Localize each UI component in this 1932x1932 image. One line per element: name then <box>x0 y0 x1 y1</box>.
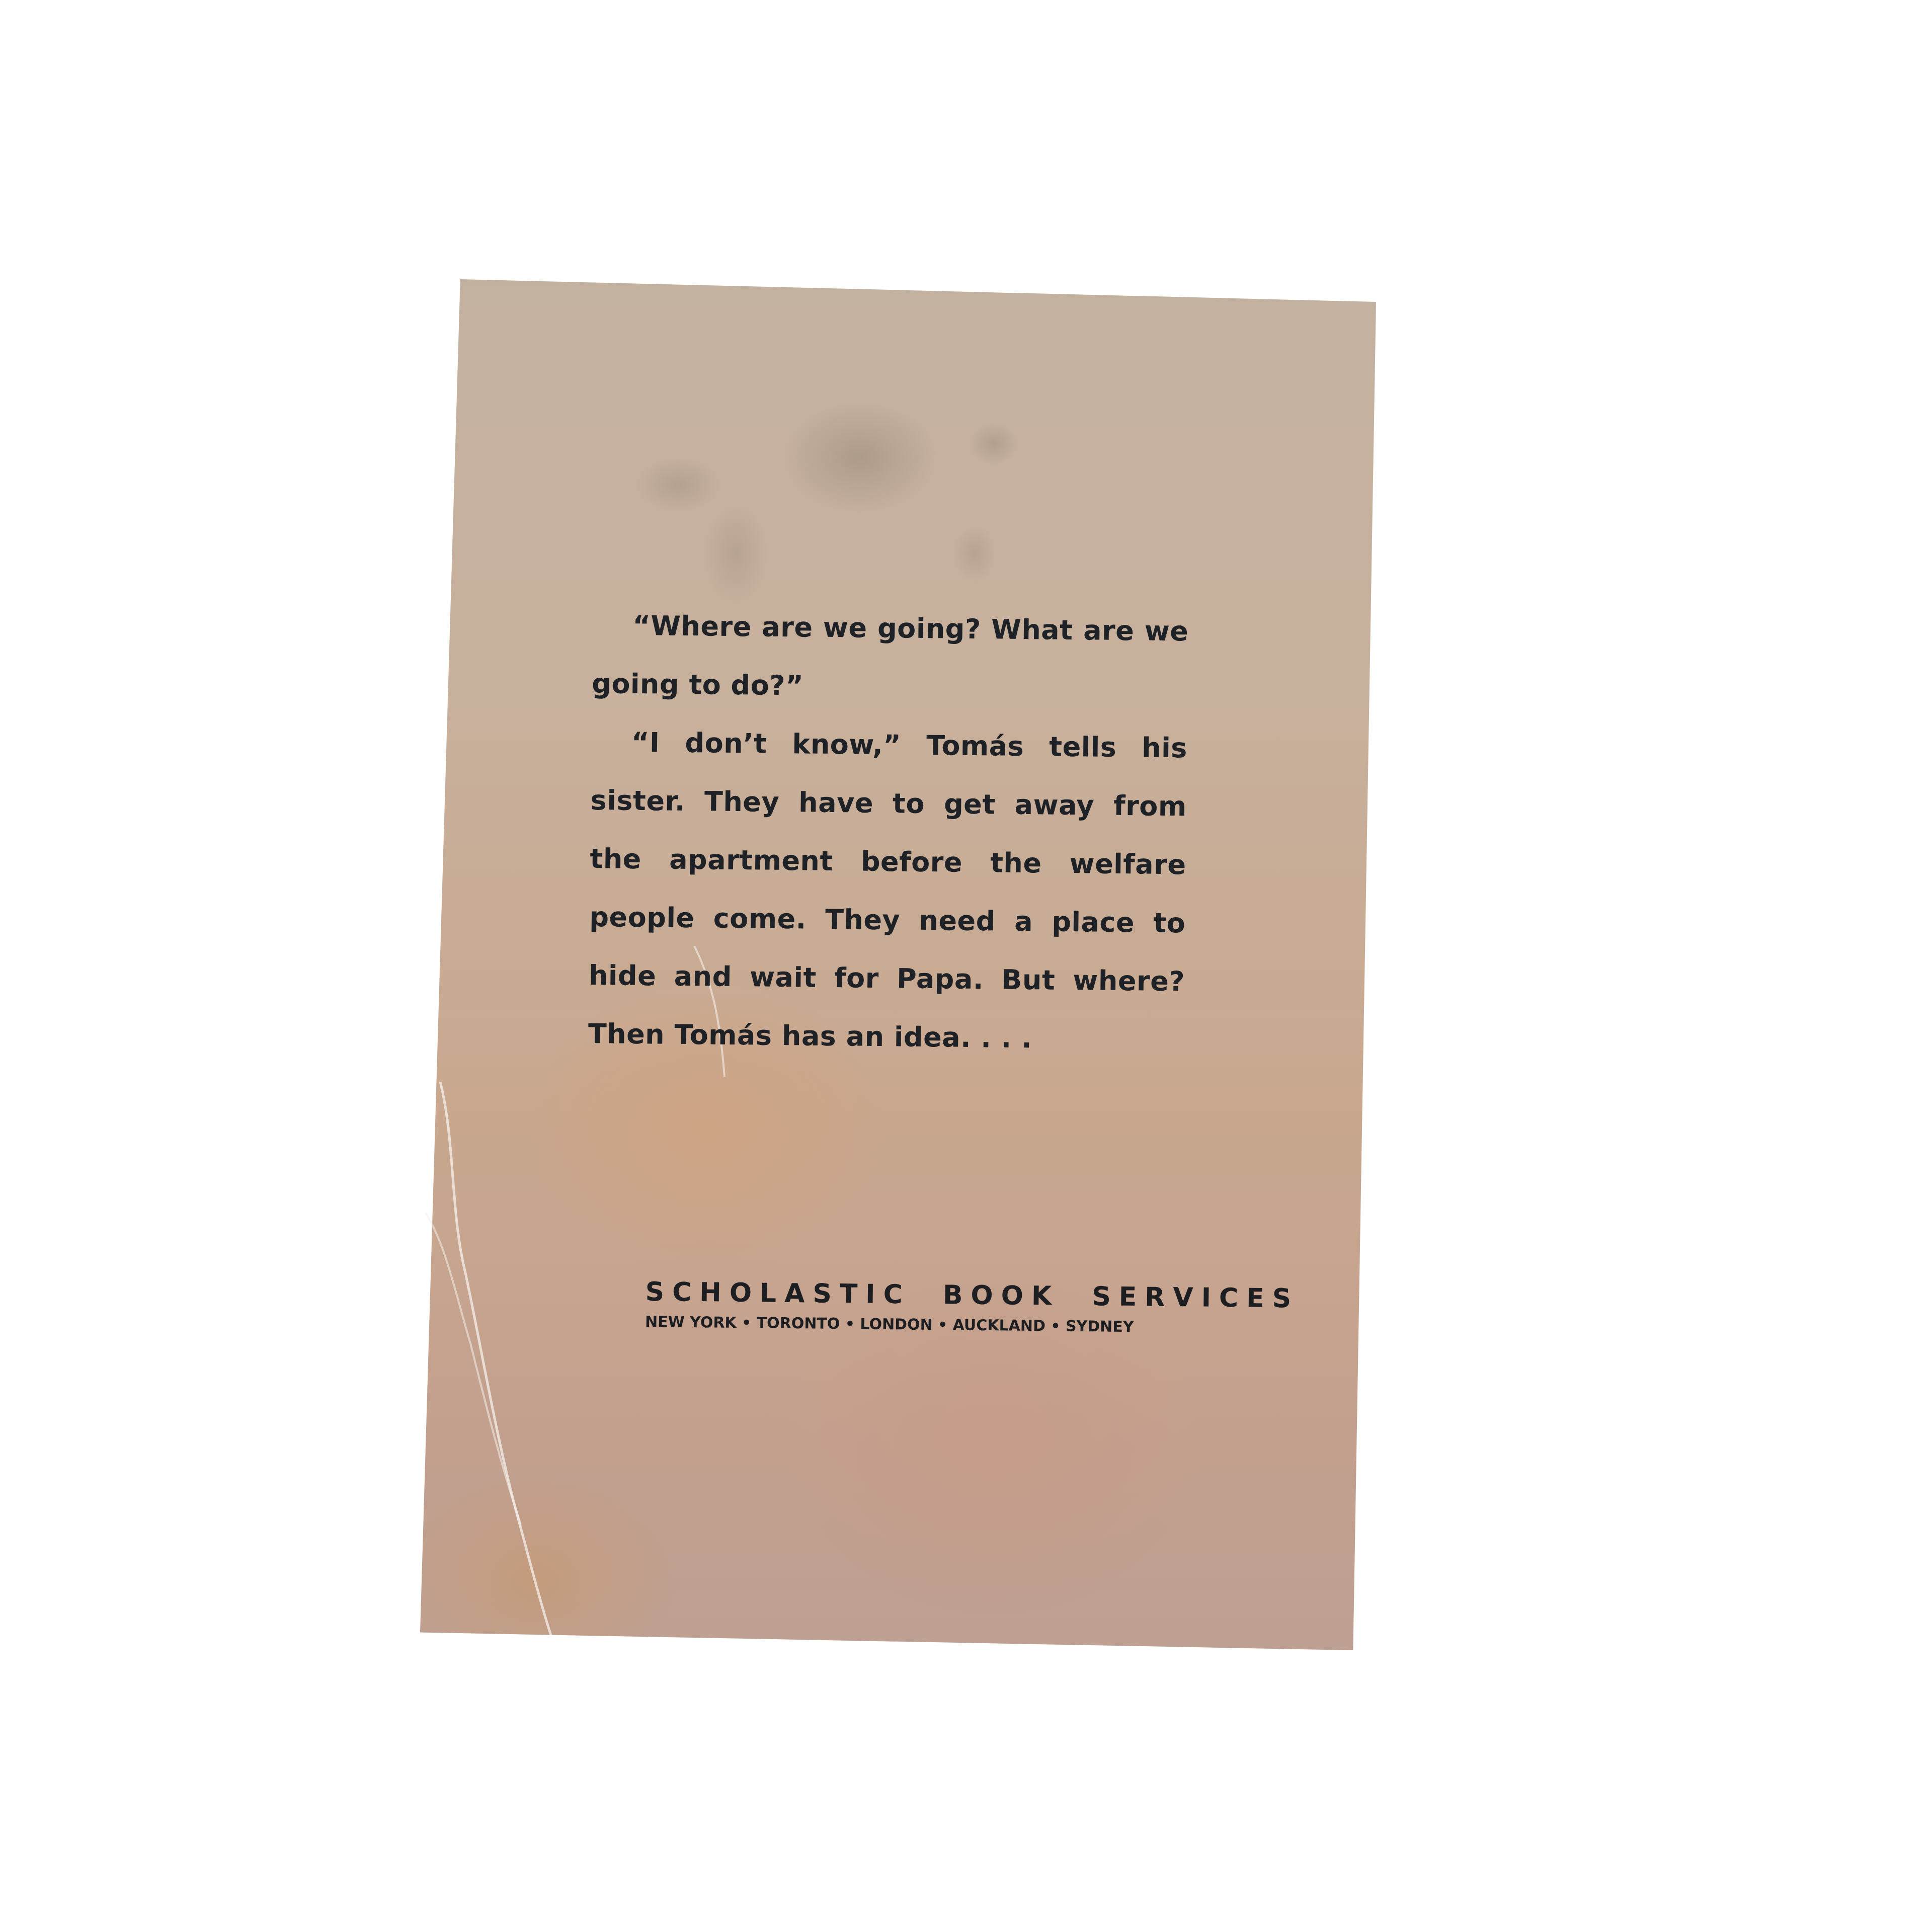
back-cover-blurb: “Where are we going? What are we going t… <box>588 596 1189 1069</box>
publisher-name: SCHOLASTIC BOOK SERVICES <box>645 1277 1149 1312</box>
blurb-paragraph: “Where are we going? What are we going t… <box>592 596 1189 719</box>
publisher-imprint: SCHOLASTIC BOOK SERVICES NEW YORK • TORO… <box>645 1277 1149 1336</box>
blurb-paragraph: “I don’t know,” Tomás tells his sister. … <box>588 713 1187 1069</box>
